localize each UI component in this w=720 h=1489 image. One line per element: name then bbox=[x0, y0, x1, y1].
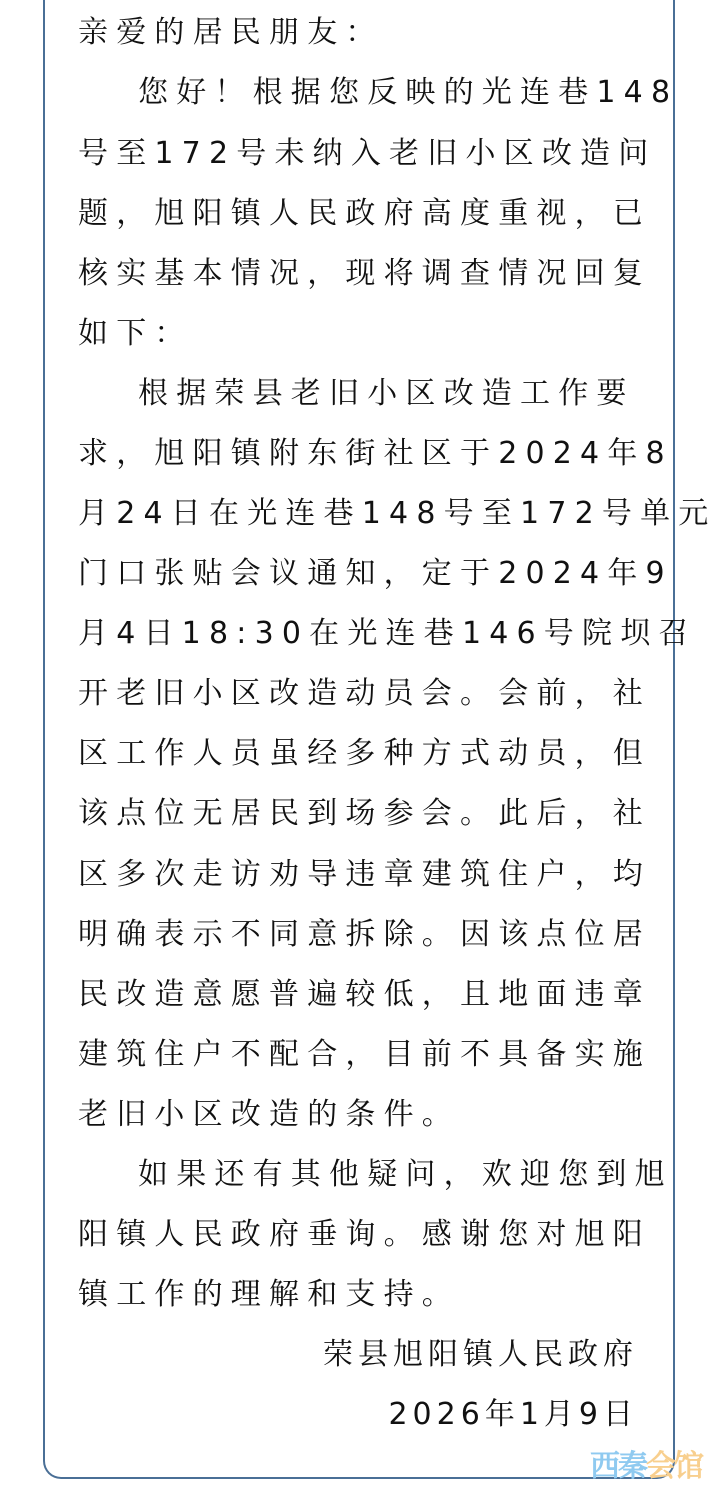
paragraph-1-line: 号至172号未纳入老旧小区改造问 bbox=[78, 134, 638, 174]
paragraph-2-line: 明确表示不同意拆除。因该点位居 bbox=[78, 915, 638, 955]
paragraph-2-line: 月4日18:30在光连巷146号院坝召 bbox=[78, 614, 638, 654]
watermark-part-1: 西秦 bbox=[590, 1449, 646, 1484]
watermark-part-2: 会馆 bbox=[646, 1449, 702, 1484]
paragraph-3-line: 镇工作的理解和支持。 bbox=[78, 1275, 638, 1315]
paragraph-1-line: 您好！根据您反映的光连巷148 bbox=[78, 73, 638, 113]
paragraph-3-line: 如果还有其他疑问，欢迎您到旭 bbox=[78, 1155, 638, 1195]
paragraph-2-line: 根据荣县老旧小区改造工作要 bbox=[78, 374, 638, 414]
paragraph-3-line: 阳镇人民政府垂询。感谢您对旭阳 bbox=[78, 1215, 638, 1255]
paragraph-2-line: 老旧小区改造的条件。 bbox=[78, 1095, 638, 1135]
paragraph-2-line: 月24日在光连巷148号至172号单元 bbox=[78, 494, 638, 534]
paragraph-2-line: 区多次走访劝导违章建筑住户，均 bbox=[78, 855, 638, 895]
watermark-logo: 西秦会馆 bbox=[590, 1449, 702, 1485]
paragraph-2-line: 区工作人员虽经多种方式动员，但 bbox=[78, 734, 638, 774]
paragraph-2-line: 开老旧小区改造动员会。会前，社 bbox=[78, 674, 638, 714]
paragraph-2-line: 门口张贴会议通知，定于2024年9 bbox=[78, 554, 638, 594]
signature: 荣县旭阳镇人民政府 bbox=[78, 1335, 638, 1375]
paragraph-2-line: 该点位无居民到场参会。此后，社 bbox=[78, 794, 638, 834]
paragraph-1-line: 题，旭阳镇人民政府高度重视，已 bbox=[78, 194, 638, 234]
paragraph-2-line: 民改造意愿普遍较低，且地面违章 bbox=[78, 975, 638, 1015]
paragraph-2-line: 求，旭阳镇附东街社区于2024年8 bbox=[78, 434, 638, 474]
paragraph-1-line: 如下： bbox=[78, 314, 638, 354]
date: 2026年1月9日 bbox=[78, 1395, 638, 1435]
paragraph-2-line: 建筑住户不配合，目前不具备实施 bbox=[78, 1035, 638, 1075]
paragraph-1-line: 核实基本情况，现将调查情况回复 bbox=[78, 254, 638, 294]
salutation: 亲爱的居民朋友： bbox=[78, 13, 638, 53]
